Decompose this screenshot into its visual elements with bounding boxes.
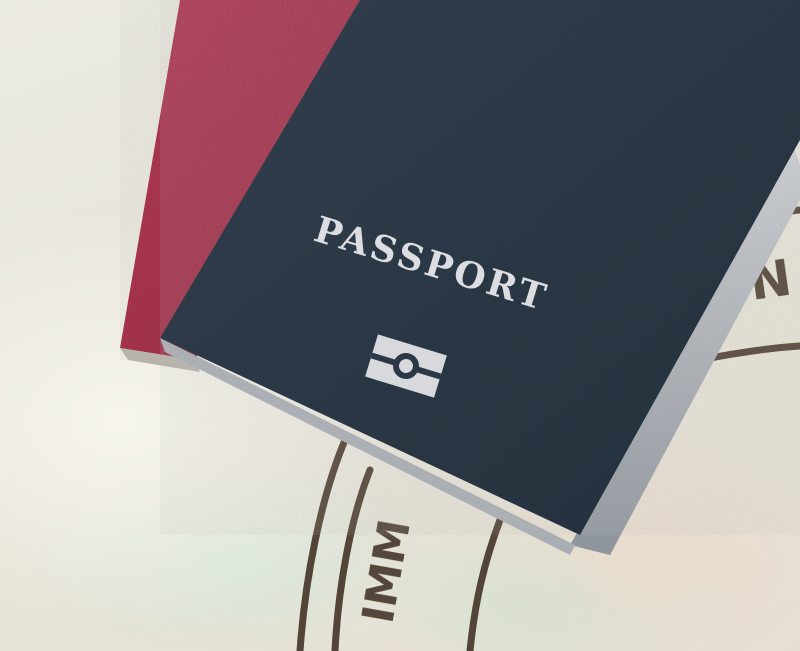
photo-illustration: IMM N PASSPORT <box>0 0 800 651</box>
svg-text:IMM: IMM <box>353 516 421 627</box>
passport-photo: IMM N PASSPORT <box>0 0 800 651</box>
